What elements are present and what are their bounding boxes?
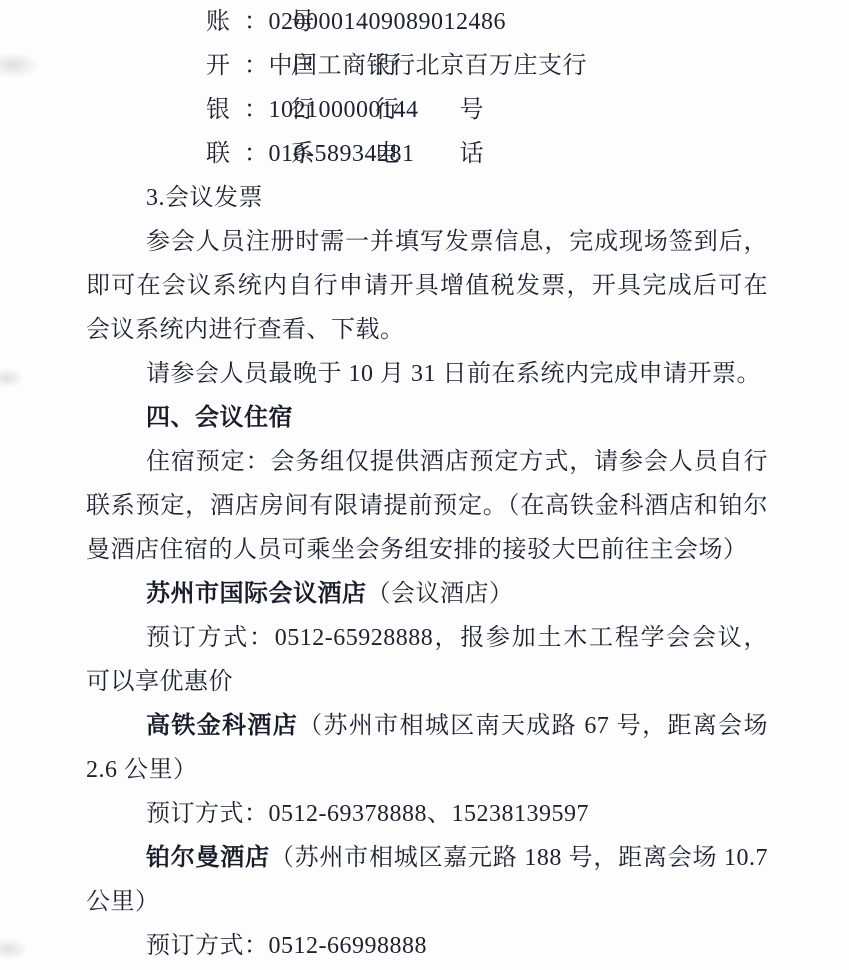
field-bank-name: 开户行：中国工商银行北京百万庄支行 bbox=[86, 44, 768, 88]
hotel-gaotie-jinke-booking: 预订方式：0512-69378888、15238139597 bbox=[86, 792, 768, 836]
bank-code-label: 银行行号 bbox=[146, 88, 244, 132]
label-colon: ： bbox=[244, 53, 269, 79]
account-number-value: 0200001409089012486 bbox=[269, 9, 507, 35]
document-page: 账号：0200001409089012486 开户行：中国工商银行北京百万庄支行… bbox=[0, 0, 849, 970]
accommodation-section-heading: 四、会议住宿 bbox=[86, 396, 768, 440]
bank-code-value: 102100000144 bbox=[269, 97, 419, 123]
label-colon: ： bbox=[244, 9, 269, 35]
hotel-suzhou-international-booking: 预订方式：0512-65928888，报参加土木工程学会会议，可以享优惠价 bbox=[86, 616, 768, 704]
bank-name-value: 中国工商银行北京百万庄支行 bbox=[269, 53, 588, 79]
scan-artifact bbox=[0, 938, 28, 960]
bank-name-label: 开户行 bbox=[146, 44, 244, 88]
hotel-pullman: 铂尔曼酒店（苏州市相城区嘉元路 188 号，距离会场 10.7 公里） bbox=[86, 836, 768, 924]
hotel-name: 铂尔曼酒店 bbox=[146, 844, 270, 871]
invoice-item-title: 3.会议发票 bbox=[86, 176, 768, 220]
hotel-gaotie-jinke: 高铁金科酒店（苏州市相城区南天成路 67 号，距离会场 2.6 公里） bbox=[86, 704, 768, 792]
contact-phone-label: 联系电话 bbox=[146, 132, 244, 176]
field-bank-code: 银行行号：102100000144 bbox=[86, 88, 768, 132]
label-colon: ： bbox=[244, 97, 269, 123]
hotel-pullman-booking: 预订方式：0512-66998888 bbox=[86, 924, 768, 968]
account-number-label: 账号 bbox=[146, 0, 244, 44]
invoice-deadline-paragraph: 请参会人员最晚于 10 月 31 日前在系统内完成申请开票。 bbox=[86, 352, 768, 396]
label-colon: ： bbox=[244, 141, 269, 167]
field-contact-phone: 联系电话：010-58934281 bbox=[86, 132, 768, 176]
scan-artifact bbox=[0, 52, 40, 78]
invoice-instructions-paragraph: 参会人员注册时需一并填写发票信息，完成现场签到后，即可在会议系统内自行申请开具增… bbox=[86, 220, 768, 352]
hotel-note: （会议酒店） bbox=[367, 581, 514, 607]
hotel-suzhou-international: 苏州市国际会议酒店（会议酒店） bbox=[86, 572, 768, 616]
accommodation-intro-paragraph: 住宿预定：会务组仅提供酒店预定方式，请参会人员自行联系预定，酒店房间有限请提前预… bbox=[86, 440, 768, 572]
hotel-name: 苏州市国际会议酒店 bbox=[146, 580, 367, 607]
field-account-number: 账号：0200001409089012486 bbox=[86, 0, 768, 44]
scan-artifact bbox=[0, 368, 24, 388]
contact-phone-value: 010-58934281 bbox=[269, 141, 415, 167]
document-body: 账号：0200001409089012486 开户行：中国工商银行北京百万庄支行… bbox=[86, 0, 768, 968]
hotel-name: 高铁金科酒店 bbox=[146, 712, 298, 739]
